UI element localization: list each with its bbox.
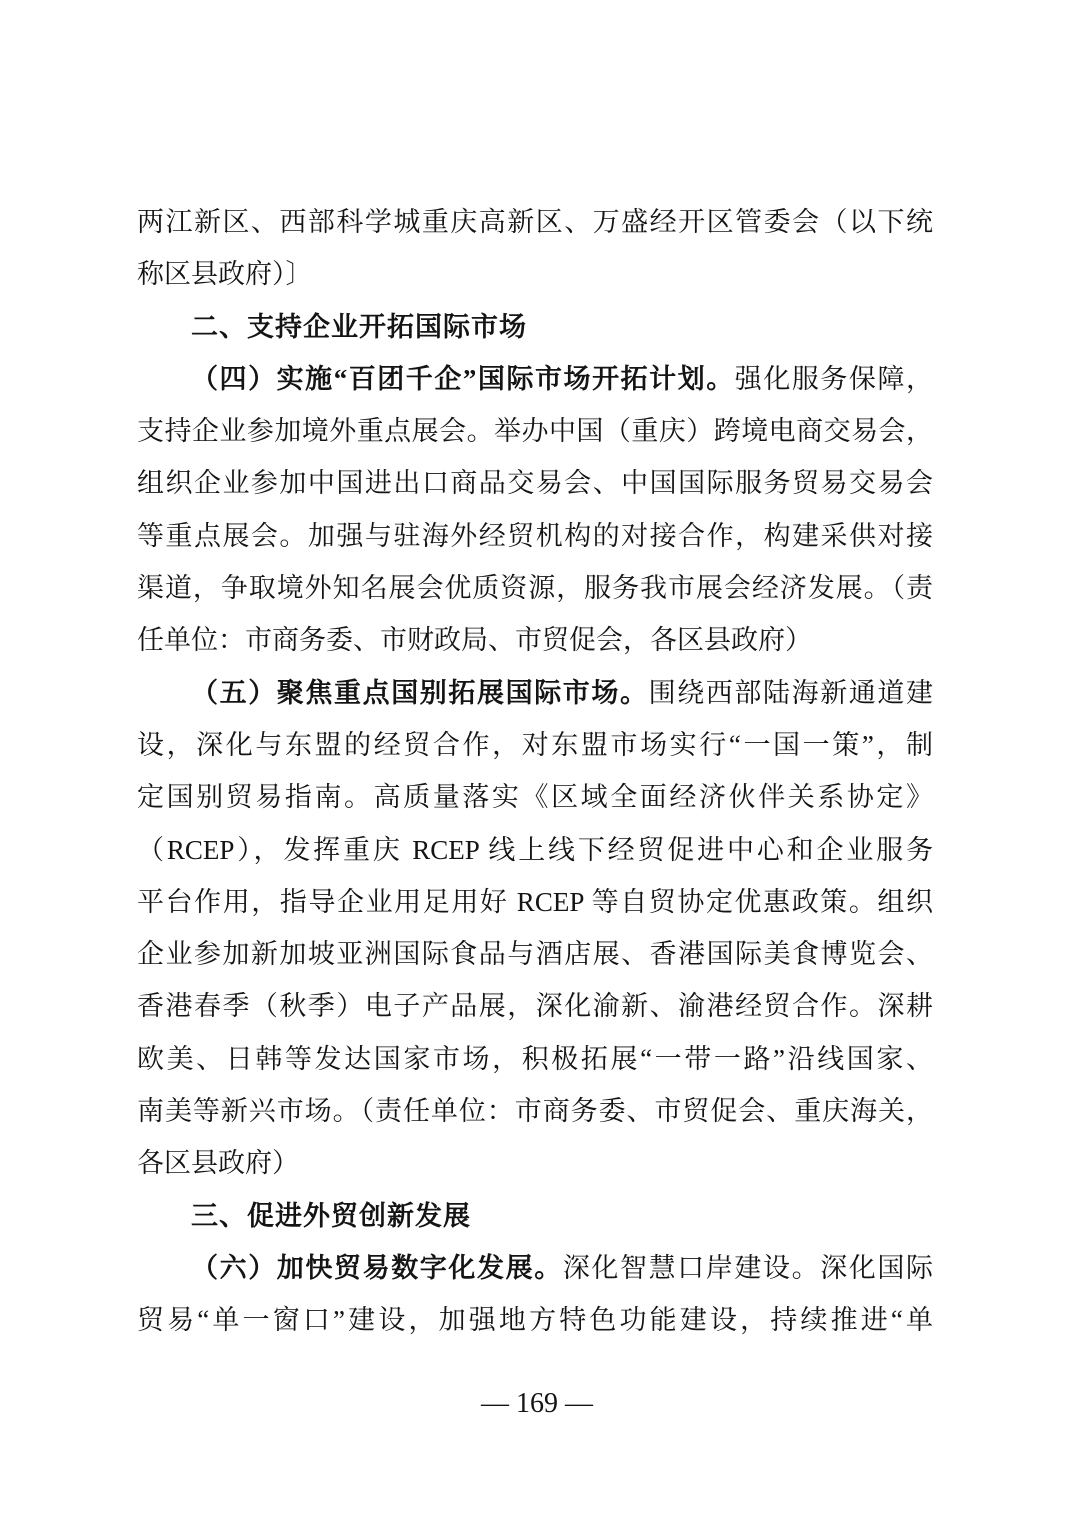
page-number: — 169 — [481,1388,593,1419]
text-segment-kai: 任单位：市商务委、市财政局、市贸促会，各区县政府） [137,625,812,655]
text-line: 各区县政府） [137,1137,933,1189]
text-line: 南美等新兴市场。（责任单位：市商务委、市贸促会、重庆海关， [137,1085,933,1137]
text-segment-body: 设，深化与东盟的经贸合作，对东盟市场实行“一国一策”，制 [137,730,933,760]
text-segment-body: 贸易“单一窗口”建设，加强地方特色功能建设，持续推进“单 [137,1305,933,1335]
text-segment-body: 支持企业参加境外重点展会。举办中国（重庆）跨境电商交易会， [137,416,933,446]
text-segment-body: 平台作用，指导企业用足用好 RCEP 等自贸协定优惠政策。组织 [137,887,933,917]
text-segment-body: 围绕西部陆海新通道建 [649,678,933,708]
text-line: （六）加快贸易数字化发展。深化智慧口岸建设。深化国际 [137,1242,933,1294]
text-segment-body: 企业参加新加坡亚洲国际食品与酒店展、香港国际美食博览会、 [137,939,933,969]
text-line: （RCEP），发挥重庆 RCEP 线上线下经贸促进中心和企业服务 [137,824,933,876]
document-page: 两江新区、西部科学城重庆高新区、万盛经开区管委会（以下统称区县政府）〕二、支持企… [0,0,1074,1520]
text-line: 三、促进外贸创新发展 [137,1190,933,1242]
text-line: （五）聚焦重点国别拓展国际市场。围绕西部陆海新通道建 [137,667,933,719]
text-line: 香港春季（秋季）电子产品展，深化渝新、渝港经贸合作。深耕 [137,980,933,1032]
text-segment-body: 强化服务保障， [735,364,933,394]
text-segment-lead: （五）聚焦重点国别拓展国际市场。 [191,678,649,708]
text-line: 贸易“单一窗口”建设，加强地方特色功能建设，持续推进“单 [137,1294,933,1346]
text-line: 设，深化与东盟的经贸合作，对东盟市场实行“一国一策”，制 [137,719,933,771]
text-segment-body: 渠道，争取境外知名展会优质资源，服务我市展会经济发展。 [137,573,892,603]
text-segment-lead: （六）加快贸易数字化发展。 [191,1253,563,1283]
text-line: 定国别贸易指南。高质量落实《区域全面经济伙伴关系协定》 [137,771,933,823]
text-line: 二、支持企业开拓国际市场 [137,301,933,353]
text-segment-body: 组织企业参加中国进出口商品交易会、中国国际服务贸易交易会 [137,468,933,498]
text-segment-heading: 二、支持企业开拓国际市场 [191,312,527,342]
text-line: 平台作用，指导企业用足用好 RCEP 等自贸协定优惠政策。组织 [137,876,933,928]
text-segment-lead: （四）实施“百团千企”国际市场开拓计划。 [191,364,735,394]
text-segment-body: 两江新区、西部科学城重庆高新区、万盛经开区管委会（以下统 [137,207,933,237]
text-segment-kai: （责任单位：市商务委、市贸促会、重庆海关， [361,1096,933,1126]
text-line: 称区县政府）〕 [137,248,933,300]
text-segment-kai: 各区县政府） [137,1148,299,1178]
text-line: 欧美、日韩等发达国家市场，积极拓展“一带一路”沿线国家、 [137,1033,933,1085]
text-segment-body: 香港春季（秋季）电子产品展，深化渝新、渝港经贸合作。深耕 [137,991,933,1021]
text-line: 企业参加新加坡亚洲国际食品与酒店展、香港国际美食博览会、 [137,928,933,980]
text-segment-body: （RCEP），发挥重庆 RCEP 线上线下经贸促进中心和企业服务 [137,835,933,865]
text-segment-body: 欧美、日韩等发达国家市场，积极拓展“一带一路”沿线国家、 [137,1044,933,1074]
page-footer: — 169 — [0,1388,1074,1420]
text-segment-body: 等重点展会。加强与驻海外经贸机构的对接合作，构建采供对接 [137,521,933,551]
text-line: 组织企业参加中国进出口商品交易会、中国国际服务贸易交易会 [137,457,933,509]
text-line: 两江新区、西部科学城重庆高新区、万盛经开区管委会（以下统 [137,196,933,248]
text-line: 任单位：市商务委、市财政局、市贸促会，各区县政府） [137,614,933,666]
text-segment-body: 深化智慧口岸建设。深化国际 [563,1253,933,1283]
text-line: 渠道，争取境外知名展会优质资源，服务我市展会经济发展。（责 [137,562,933,614]
text-segment-body: 南美等新兴市场。 [137,1096,361,1126]
text-segment-body: 定国别贸易指南。高质量落实《区域全面经济伙伴关系协定》 [137,782,933,812]
document-body: 两江新区、西部科学城重庆高新区、万盛经开区管委会（以下统称区县政府）〕二、支持企… [137,196,933,1347]
text-line: （四）实施“百团千企”国际市场开拓计划。强化服务保障， [137,353,933,405]
text-line: 支持企业参加境外重点展会。举办中国（重庆）跨境电商交易会， [137,405,933,457]
text-segment-kai: （责 [892,573,933,603]
text-segment-heading: 三、促进外贸创新发展 [191,1201,471,1231]
text-segment-body: 称区县政府）〕 [137,259,313,289]
text-line: 等重点展会。加强与驻海外经贸机构的对接合作，构建采供对接 [137,510,933,562]
